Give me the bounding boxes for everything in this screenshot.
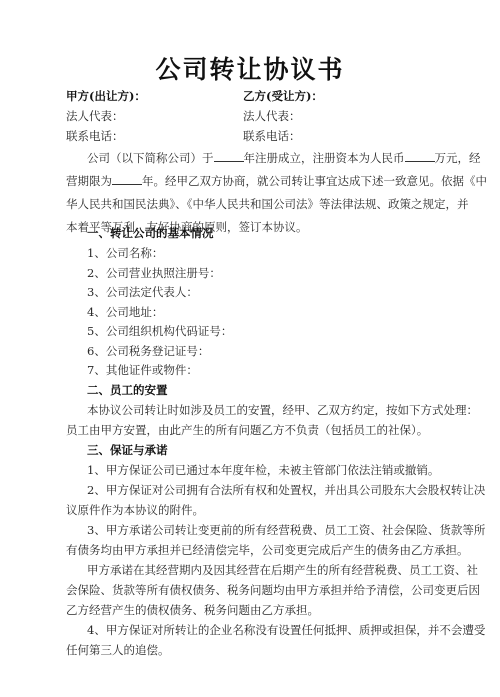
section-1-item: 7、其他证件或物件： xyxy=(87,362,457,378)
section-1-item: 2、公司营业执照注册号： xyxy=(87,265,457,281)
section-1-item: 5、公司组织机构代码证号： xyxy=(87,323,457,339)
section-3-commitment-line-1: 甲方承诺在其经营期内及因其经营在后期产生的所有经营税费、员工工资、社 xyxy=(87,562,457,578)
section-3-clause-4-line-1: 4、甲方保证对所转让的企业名称没有设置任何抵押、质押或担保，并不会遭受 xyxy=(87,622,457,638)
intro-text: 营期限为 xyxy=(66,174,112,188)
intro-text: 年注册成立，注册资本为人民币 xyxy=(244,151,405,165)
section-3-clause-3-line-1: 3、甲方承诺公司转让变更前的所有经营税费、员工工资、社会保险、货款等所 xyxy=(87,522,457,538)
section-3-clause-3-line-2: 有债务均由甲方承担并已经清偿完毕，公司变更完成后产生的债务由乙方承担。 xyxy=(66,542,436,558)
section-1-heading: 一、转让公司的基本情况 xyxy=(87,225,457,241)
section-2-line-1: 本协议公司转让时如涉及员工的安置，经甲、乙双方约定，按如下方式处理： xyxy=(87,402,457,418)
section-3-commitment-line-2: 会保险、货款等所有债权债务、税务问题均由甲方承担并给予清偿，公司变更后因 xyxy=(66,582,436,598)
document-title: 公司转让协议书 xyxy=(0,50,500,86)
capital-blank xyxy=(405,151,435,162)
section-3-clause-4-line-2: 任何第三人的追偿。 xyxy=(66,642,436,658)
section-1-item: 4、公司地址： xyxy=(87,304,457,320)
section-1-item: 3、公司法定代表人： xyxy=(87,284,457,300)
year-blank xyxy=(214,151,244,162)
intro-line-3: 华人民共和国民法典》、《中华人民共和国公司法》等法律法规、政策之规定，并 xyxy=(66,196,436,212)
intro-text: 年。经甲乙双方协商，就公司转让事宜达成下述一致意见。依据《中 xyxy=(142,174,487,188)
section-3-clause-2-line-2: 议原件作为本协议的附件。 xyxy=(66,502,436,518)
party-a-label: 甲方(出让方)： xyxy=(66,88,146,104)
party-b-phone: 联系电话： xyxy=(243,128,301,144)
section-3-heading: 三、保证与承诺 xyxy=(87,442,457,458)
intro-text: 公司（以下简称公司）于 xyxy=(87,151,214,165)
section-2-line-2: 员工由甲方安置，由此产生的所有问题乙方不负责（包括员工的社保）。 xyxy=(66,422,436,438)
section-1-item: 1、公司名称： xyxy=(87,245,457,261)
intro-line-2: 营期限为年。经甲乙双方协商，就公司转让事宜达成下述一致意见。依据《中 xyxy=(66,173,436,189)
intro-text: 万元，经 xyxy=(435,151,481,165)
section-2-heading: 二、员工的安置 xyxy=(87,382,457,398)
section-3-commitment-line-3: 乙方经营产生的债权债务、税务问题由乙方承担。 xyxy=(66,602,436,618)
term-blank xyxy=(112,174,142,185)
intro-line-1: 公司（以下简称公司）于年注册成立，注册资本为人民币万元，经 xyxy=(87,150,457,166)
section-1-item: 6、公司税务登记证号： xyxy=(87,343,457,359)
section-3-clause-2-line-1: 2、甲方保证对公司拥有合法所有权和处置权，并出具公司股东大会股权转让决 xyxy=(87,482,457,498)
party-b-label: 乙方(受让方)： xyxy=(243,88,323,104)
party-a-phone: 联系电话： xyxy=(66,128,124,144)
party-b-legal-rep: 法人代表： xyxy=(243,108,301,124)
section-3-clause-1: 1、甲方保证公司已通过本年度年检，未被主管部门依法注销或撤销。 xyxy=(87,462,457,478)
party-a-legal-rep: 法人代表： xyxy=(66,108,124,124)
